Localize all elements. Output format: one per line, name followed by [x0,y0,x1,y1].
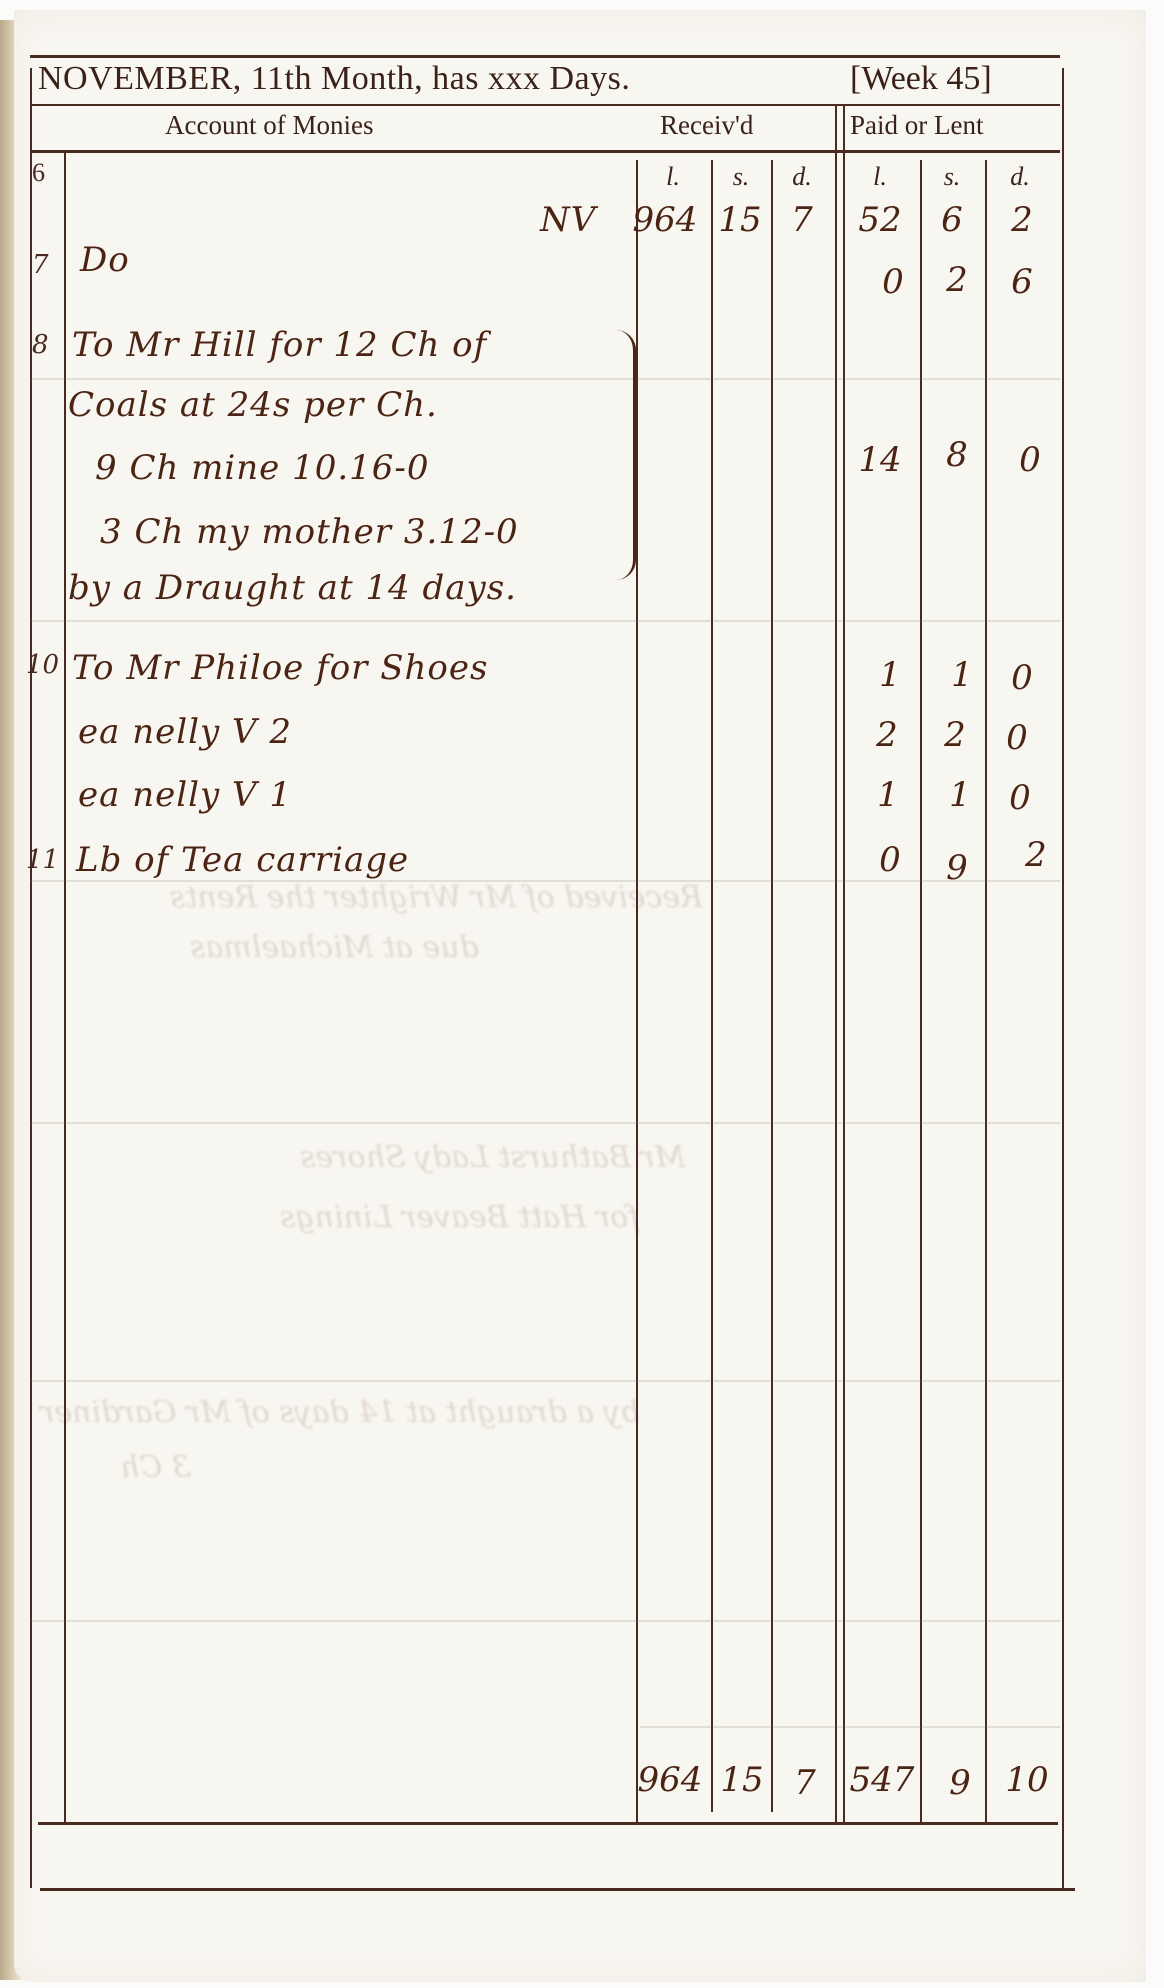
entry-text: ea nelly V 1 [78,775,292,815]
paid-pence: 6 [1011,262,1033,302]
paid-pounds: 1 [879,655,901,695]
paid-pence: 2 [1025,835,1047,875]
unit-received-shillings: s. [733,162,750,192]
paid-shillings: 1 [951,655,973,695]
day-number: 8 [32,330,49,360]
received-pence: 7 [791,200,813,240]
guide-line [30,880,1060,882]
paid-pounds: 1 [877,775,899,815]
guide-line [30,1620,1060,1622]
day-column-divider [64,152,66,1822]
guide-line [30,378,1060,380]
paid-pounds: 0 [882,262,904,302]
show-through-text: due at Michaelmas [190,930,479,965]
total-paid-shillings: 9 [949,1763,971,1803]
paid-pence: 0 [1006,718,1028,758]
show-through-text: for Hatt Beaver Linings [280,1200,639,1235]
bottom-total-rule [38,1822,1058,1825]
entry-text: To Mr Hill for 12 Ch of [72,325,487,365]
paid-divider-b [843,106,845,1822]
unit-received-pounds: l. [666,162,680,192]
paid-pence: 0 [1011,658,1033,698]
paid-pounds: 14 [858,440,901,480]
total-received-pounds: 964 [638,1760,703,1800]
page-title: NOVEMBER, 11th Month, has xxx Days. [38,60,630,98]
column-header-paid: Paid or Lent [850,110,983,141]
entry-text: Do [80,240,130,280]
ledger-page [14,10,1146,1982]
paid-s-divider [920,160,922,1822]
entry-text: Lb of Tea carriage [76,840,409,880]
day-number: 7 [32,250,49,280]
show-through-text: 3 Ch [120,1450,191,1485]
paid-pence: 0 [1019,440,1041,480]
total-received-pence: 7 [794,1763,816,1803]
unit-paid-shillings: s. [944,162,961,192]
received-shillings: 15 [718,200,761,240]
received-pounds: 964 [633,200,698,240]
total-received-shillings: 15 [720,1760,763,1800]
paid-shillings: 8 [946,435,968,475]
show-through-text: by a draught at 14 days of Mr Gardiner [40,1395,640,1430]
paid-shillings: 6 [941,200,963,240]
paid-shillings: 9 [946,848,968,888]
paid-pounds: 2 [876,715,898,755]
total-guide-line [640,1726,1060,1728]
frame-right [1062,68,1064,1888]
total-paid-pence: 10 [1005,1760,1048,1800]
unit-received-pence: d. [792,162,812,192]
entry-text: by a Draught at 14 days. [68,568,517,608]
entry-text: Coals at 24s per Ch. [68,385,438,425]
guide-line [30,1122,1060,1124]
paid-divider-a [835,106,837,1822]
unit-paid-pounds: l. [873,162,887,192]
received-l-divider [636,160,638,1822]
received-s-divider [711,160,713,1812]
entry-text: 9 Ch mine 10.16-0 [95,448,430,488]
brace-bracket [615,330,636,580]
week-label: [Week 45] [850,60,992,98]
entry-text: To Mr Philoe for Shoes [72,648,488,688]
top-rule [30,55,1060,58]
paid-shillings: 2 [944,715,966,755]
day-number: 6 [32,158,45,188]
column-header-received: Receiv'd [660,110,753,141]
paid-pounds: 52 [858,200,901,240]
guide-line [30,1380,1060,1382]
show-through-text: Received of Mr Wrighter the Rents [170,880,703,915]
paid-shillings: 2 [946,260,968,300]
bottom-frame-rule [40,1888,1075,1891]
paid-d-divider [985,160,987,1822]
column-header-account: Account of Monies [165,110,373,141]
entry-text: ea nelly V 2 [78,712,292,752]
entry-text: 3 Ch my mother 3.12-0 [100,512,519,552]
unit-paid-pence: d. [1010,162,1030,192]
header-rule [30,150,1060,153]
paid-pence: 0 [1009,778,1031,818]
paid-shillings: 1 [949,775,971,815]
show-through-text: Mr Bathurst Lady Shores [300,1140,685,1175]
total-paid-pounds: 547 [850,1760,915,1800]
day-number: 11 [26,845,59,875]
entry-text: NV [540,200,596,240]
day-number: 10 [26,650,59,680]
paid-pounds: 0 [879,840,901,880]
title-rule [30,104,1060,106]
guide-line [30,620,1060,622]
received-d-divider [771,160,773,1812]
paid-pence: 2 [1011,200,1033,240]
